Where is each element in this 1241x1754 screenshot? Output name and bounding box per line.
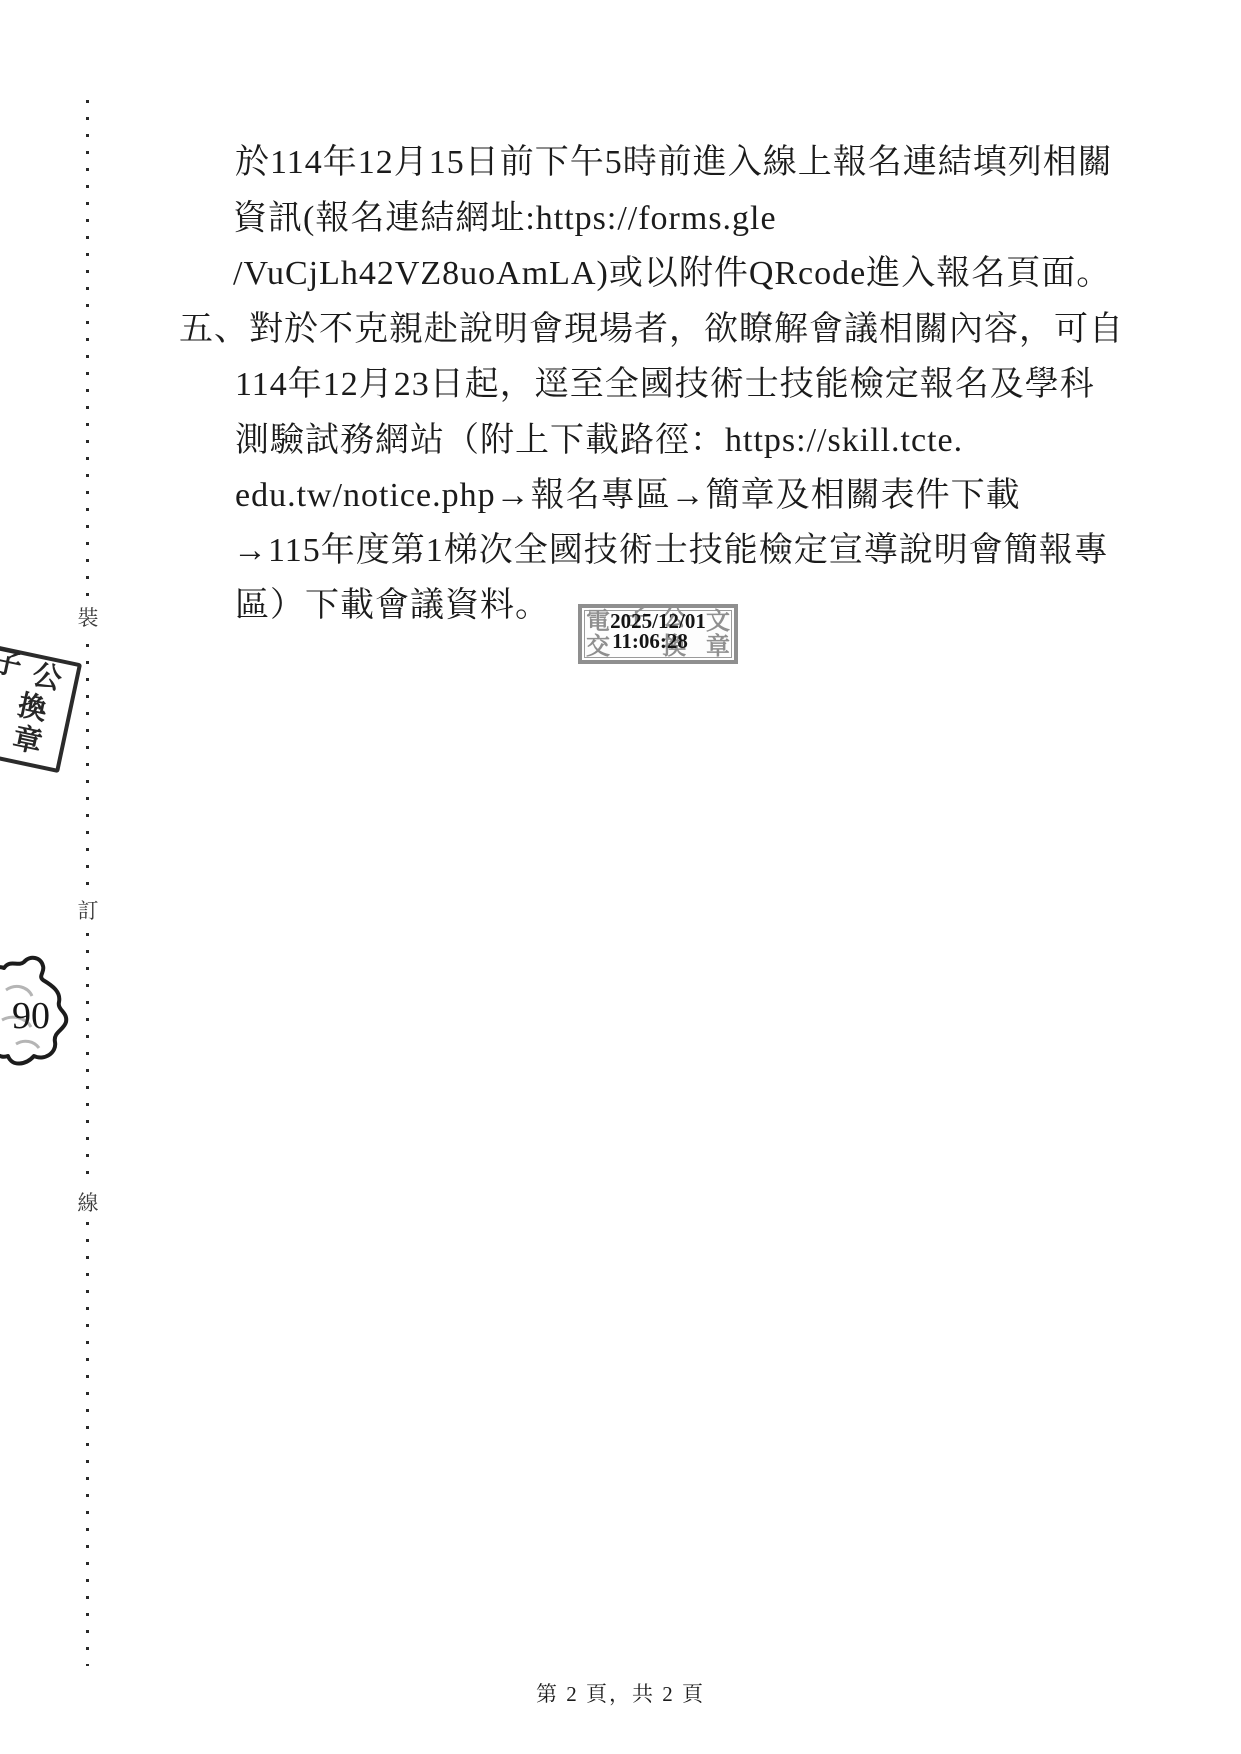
body-text-line: 區）下載會議資料。 <box>235 589 550 623</box>
body-text-line: →115年度第1梯次全國技術士技能檢定宣導說明會簡報專 <box>233 534 1109 568</box>
binding-dotted-line <box>86 100 89 1666</box>
body-text-line: edu.tw/notice.php→報名專區→簡章及相關表件下載 <box>235 479 1021 513</box>
body-text-line: /VuCjLh42VZ8uoAmLA)或以附件QRcode進入報名頁面。 <box>233 257 1111 291</box>
page-footer: 第 2 頁，共 2 頁 <box>0 1678 1241 1708</box>
binding-mark-ding: 訂 <box>76 893 101 930</box>
body-text-line: 資訊(報名連結網址:https://forms.gle <box>233 202 777 236</box>
stamp-char: 章 <box>10 724 44 758</box>
body-text-line: 114年12月23日起，逕至全國技術士技能檢定報名及學科 <box>235 368 1095 402</box>
body-text-line: 五、對於不克親赴說明會現場者，欲瞭解會議相關內容，可自 <box>179 313 1124 347</box>
blob-stamp-number: 90 <box>12 995 50 1037</box>
body-text: 對於不克親赴說明會現場者，欲瞭解會議相關內容，可自 <box>249 311 1124 348</box>
document-page: 於114年12月15日前下午5時前進入線上報名連結填列相關 資訊(報名連結網址:… <box>0 0 1241 1754</box>
stamp-char: 子 <box>0 647 24 681</box>
binding-mark-xian: 線 <box>76 1185 101 1222</box>
body-text-line: 於114年12月15日前下午5時前進入線上報名連結填列相關 <box>235 146 1113 180</box>
binding-mark-zhuang: 裝 <box>76 600 101 637</box>
stamp-time: 11:06:28 <box>582 631 734 652</box>
blob-stamp-outline: 90 <box>0 952 82 1070</box>
stamp-char: 換 <box>15 691 49 725</box>
side-exchange-stamp: 子 公 換 章 交 文 <box>0 635 82 773</box>
blob-stamp: 90 <box>0 952 82 1075</box>
list-item-number: 五、 <box>179 313 249 347</box>
electronic-exchange-stamp: 電 子 公 文 交 換 章 2025/12/01 11:06:28 <box>578 604 738 664</box>
body-text-line: 測驗試務網站（附上下載路徑：https://skill.tcte. <box>235 424 963 458</box>
stamp-char: 公 <box>30 661 64 695</box>
